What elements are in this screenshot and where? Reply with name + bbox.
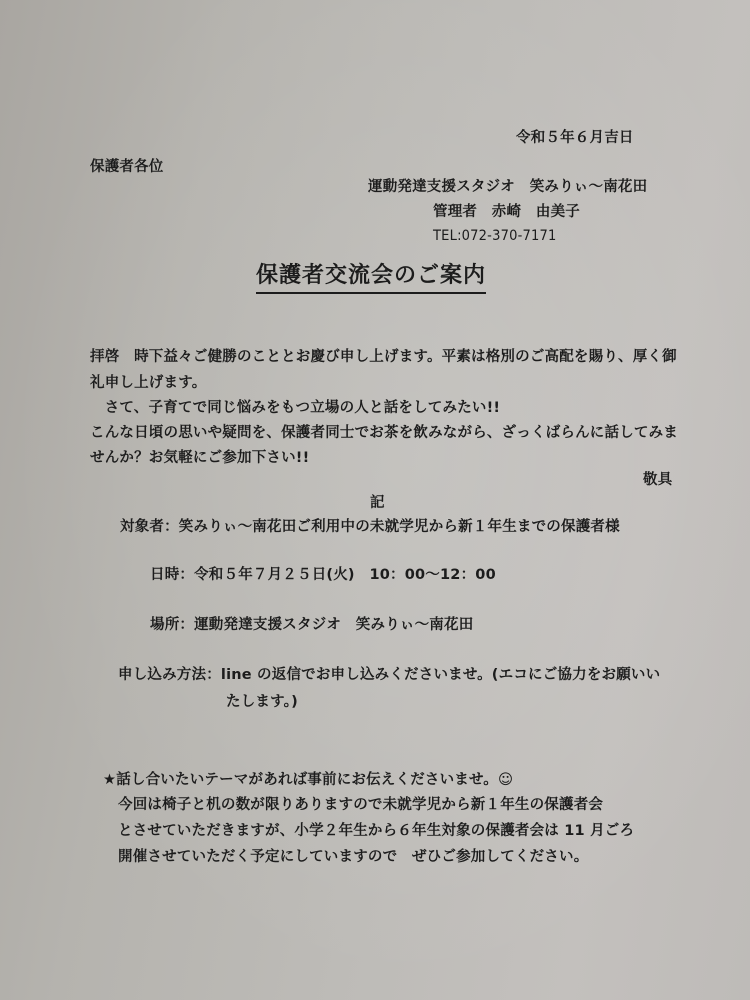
body-line-5: せんか？お気軽にご参加下さい!! xyxy=(90,451,309,466)
note-line-2: 今回は椅子と机の数が限りありますので未就学児から新１年生の保護者会 xyxy=(118,798,603,813)
body-line-1: 拝啓 時下益々ご健勝のこととお慶び申し上げます。平素は格別のご高配を賜り、厚く御 xyxy=(90,350,677,365)
document-page: 令和５年６月吉日 保護者各位 運動発達支援スタジオ 笑みりぃ～南花田 管理者 赤… xyxy=(0,0,750,1000)
detail-apply-line-1: 申し込み方法：line の返信でお申し込みくださいませ。(エコにご協力をお願いい xyxy=(118,668,660,683)
page-title: 保護者交流会のご案内 xyxy=(256,258,486,294)
note-line-3: とさせていただきますが、小学２年生から６年生対象の保護者会は 11 月ごろ xyxy=(118,824,634,839)
detail-datetime: 日時：令和５年７月２５日(火) 10：00～12：00 xyxy=(150,568,496,583)
body-line-4: こんな日頃の思いや疑問を、保護者同士でお茶を飲みながら、ざっくばらんに話してみま xyxy=(90,426,678,441)
sender-organization: 運動発達支援スタジオ 笑みりぃ～南花田 xyxy=(368,180,647,195)
detail-place: 場所：運動発達支援スタジオ 笑みりぃ～南花田 xyxy=(150,618,473,633)
note-line-4: 開催させていただく予定にしていますので ぜひご参加してください。 xyxy=(118,850,588,865)
detail-apply-line-2: たします。) xyxy=(226,695,298,710)
sender-tel: TEL:072-370-7171 xyxy=(433,229,556,244)
document-date: 令和５年６月吉日 xyxy=(516,131,634,146)
addressee: 保護者各位 xyxy=(90,160,164,175)
note-line-1: ★話し合いたいテーマがあれば事前にお伝えくださいませ。☺ xyxy=(103,773,513,788)
body-line-2: 礼申し上げます。 xyxy=(90,376,206,391)
sender-manager: 管理者 赤崎 由美子 xyxy=(433,205,580,220)
ki-heading: 記 xyxy=(370,496,385,511)
closing: 敬具 xyxy=(643,473,672,488)
detail-target: 対象者：笑みりぃ～南花田ご利用中の未就学児から新１年生までの保護者様 xyxy=(120,520,620,535)
body-line-3: さて、子育てで同じ悩みをもつ立場の人と話をしてみたい!! xyxy=(90,401,500,416)
